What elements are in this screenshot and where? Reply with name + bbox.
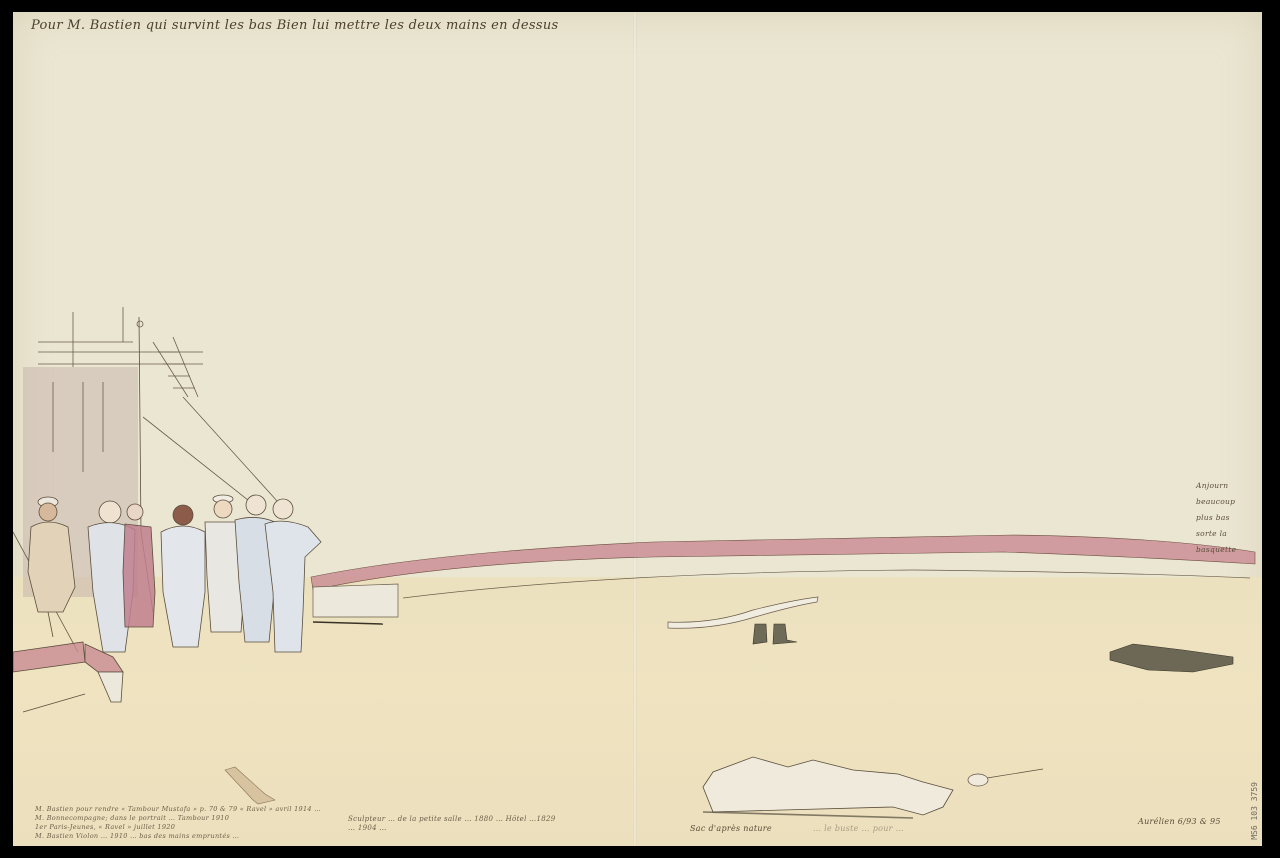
signature-date: Aurélien 6/93 & 95 bbox=[1138, 817, 1221, 826]
pink-bench bbox=[13, 642, 123, 712]
white-sheet-on-ground bbox=[703, 757, 953, 815]
caption-bottom-middle: Sculpteur … de la petite salle … 1880 … … bbox=[348, 815, 556, 833]
caption-bottom-left: M. Bastien pour rendre « Tambour Mustafa… bbox=[35, 805, 321, 841]
caption-line: Sculpteur … de la petite salle … 1880 … … bbox=[348, 815, 556, 824]
inventory-stamp: MS6 103 3759 bbox=[1250, 782, 1259, 840]
illustration bbox=[13, 12, 1262, 846]
broken-stick bbox=[225, 767, 275, 804]
rail-support bbox=[313, 584, 398, 624]
caption-sac-d-apres-nature: Sac d'après nature bbox=[690, 824, 772, 833]
pipe-on-ground bbox=[668, 597, 818, 628]
caption-bottom-right-faint: … le buste … pour … bbox=[813, 824, 904, 833]
caption-line: M. Bastien Violon … 1910 … bas des mains… bbox=[35, 832, 321, 841]
dark-coat-on-ground bbox=[1110, 644, 1233, 672]
pair-of-boots bbox=[753, 624, 797, 644]
caption-line: 1er Paris-Jeunes, « Ravel » juillet 1920 bbox=[35, 823, 321, 832]
spoon bbox=[968, 769, 1043, 786]
caption-right-note: Anjourn beaucoup plus bas sorte la basqu… bbox=[1196, 478, 1236, 558]
paper-sheet: Pour M. Bastien qui survint les bas Bien… bbox=[13, 12, 1262, 846]
pink-deck-rail bbox=[311, 535, 1255, 590]
caption-top: Pour M. Bastien qui survint les bas Bien… bbox=[31, 18, 558, 33]
caption-line: M. Bastien pour rendre « Tambour Mustafa… bbox=[35, 805, 321, 814]
caption-line: M. Bonnecompagne; dans le portrait … Tam… bbox=[35, 814, 321, 823]
caption-line: … 1904 … bbox=[348, 824, 556, 833]
